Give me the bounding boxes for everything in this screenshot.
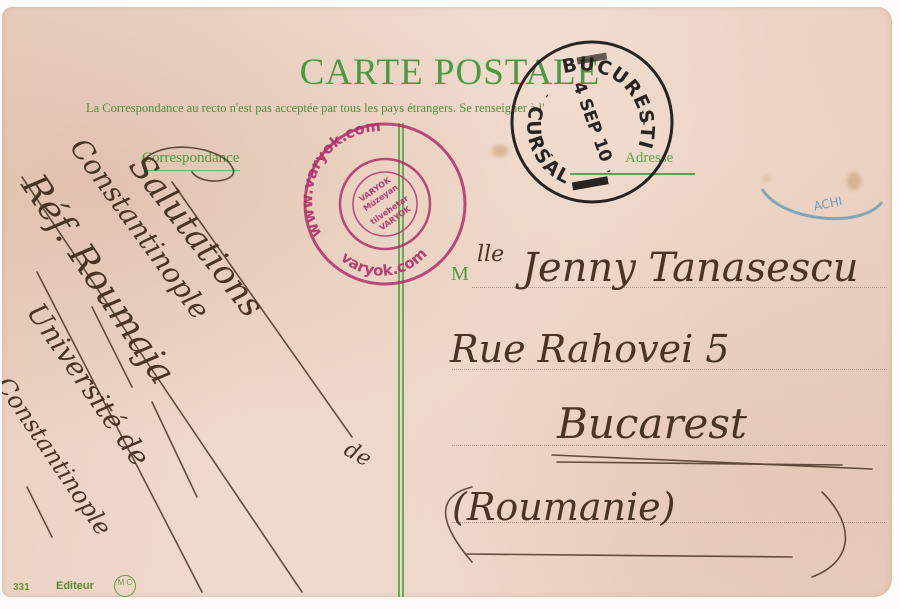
publisher-label: Editeur (56, 580, 94, 592)
circular-postmark-icon: BUCURESTI CURSAL 4 SEP 10 (507, 37, 677, 207)
message-line-6: de (340, 437, 376, 472)
svg-text:4 SEP 10: 4 SEP 10 (568, 79, 615, 165)
svg-text:www.varyok.com: www.varyok.com (300, 119, 382, 240)
address-honorific: lle (477, 242, 504, 267)
partial-blue-stamp-icon: ACHI (752, 167, 892, 237)
card-number: 331 (13, 582, 30, 593)
address-country: (Roumanie) (452, 485, 675, 529)
svg-text:ACHI: ACHI (812, 194, 843, 214)
publisher-logo-icon: M C (114, 575, 136, 597)
address-recipient: Jenny Tanasescu (522, 245, 858, 291)
collector-stamp-icon: www.varyok.com varyok.com VARYOK Müzeyan… (300, 119, 470, 289)
postcard-back: CARTE POSTALE La Correspondance au recto… (2, 7, 892, 597)
foreign-correspondence-notice: La Correspondance au recto n'est pas acc… (86, 101, 544, 116)
postcard-title: CARTE POSTALE (2, 51, 892, 94)
address-street: Rue Rahovei 5 (450, 327, 730, 371)
age-stain (492, 145, 508, 157)
address-city: Bucarest (557, 399, 747, 448)
